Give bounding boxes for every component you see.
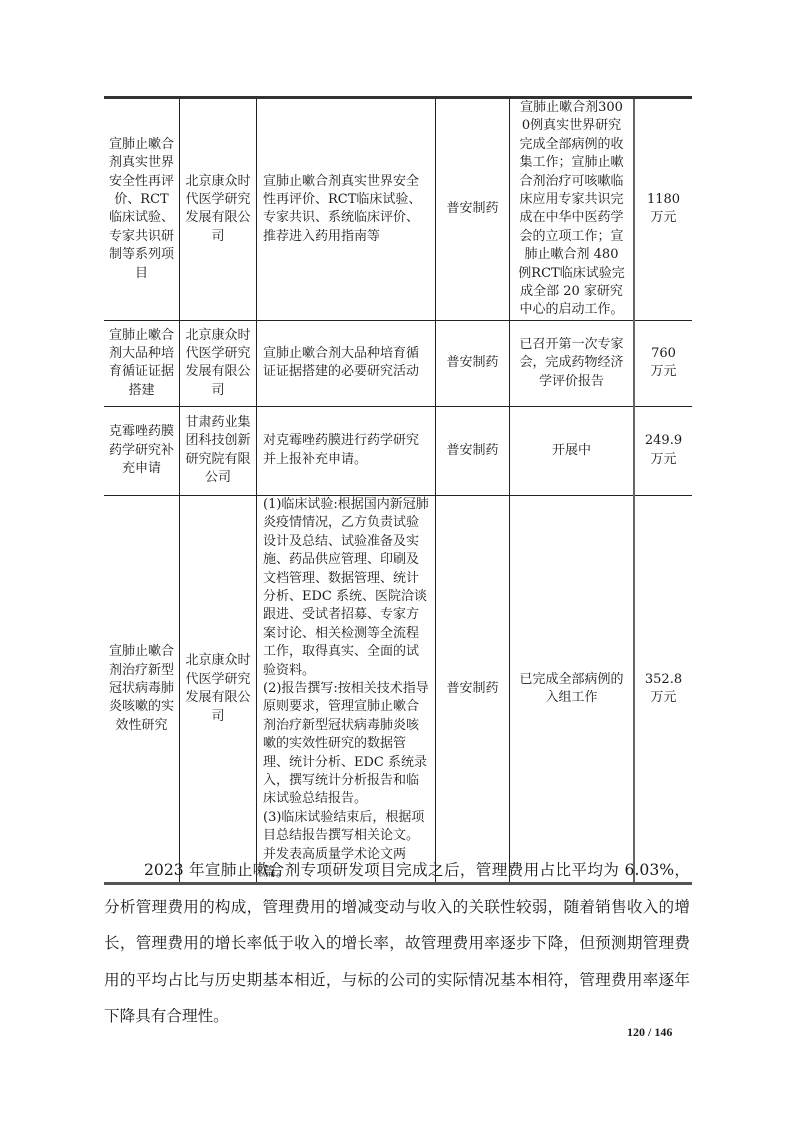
content-cell: 宣肺止嗽合剂真实世界安全性再评价、RCT临床试验、专家共识、系统临床评价、推荐进… [257,98,436,321]
amount-unit: 万元 [639,363,688,381]
project-name-cell: 宣肺止嗽合剂治疗新型冠状病毒肺炎咳嗽的实效性研究 [104,495,180,884]
content-cell: 宣肺止嗽合剂大品种培育循证证据搭建的必要研究活动 [257,320,436,406]
document-page: 宣肺止嗽合剂真实世界安全性再评价、RCT临床试验、专家共识研制等系列项目 北京康… [0,0,793,1122]
amount-cell: 760 万元 [634,320,692,406]
body-paragraph: 2023 年宣肺止嗽合剂专项研发项目完成之后，管理费用占比平均为 6.03%，分… [104,852,690,1035]
project-name-cell: 宣肺止嗽合剂大品种培育循证证据搭建 [104,320,180,406]
content-item-2: (2)报告撰写:按相关技术指导原则要求，管理宣肺止嗽合剂治疗新型冠状病毒肺炎咳嗽… [263,680,429,809]
amount-cell: 1180 万元 [634,98,692,321]
amount-value: 249.9 [639,432,688,450]
party-cell: 普安制药 [436,98,510,321]
project-name-cell: 克霉唑药膜药学研究补充申请 [104,406,180,495]
progress-cell: 开展中 [510,406,635,495]
partner-cell: 北京康众时代医学研究发展有限公司 [180,495,257,884]
party-cell: 普安制药 [436,406,510,495]
progress-cell: 已完成全部病例的入组工作 [510,495,635,884]
partner-cell: 北京康众时代医学研究发展有限公司 [180,320,257,406]
progress-cell: 已召开第一次专家会，完成药物经济学评价报告 [510,320,635,406]
content-item-1: (1)临床试验:根据国内新冠肺炎疫情情况，乙方负责试验设计及总结、试验准备及实施… [263,496,429,680]
table-row: 宣肺止嗽合剂真实世界安全性再评价、RCT临床试验、专家共识研制等系列项目 北京康… [104,98,692,321]
amount-unit: 万元 [639,689,688,707]
amount-unit: 万元 [639,451,688,469]
amount-cell: 352.8 万元 [634,495,692,884]
party-cell: 普安制药 [436,320,510,406]
partner-cell: 甘肃药业集团科技创新研究院有限公司 [180,406,257,495]
page-number: 120 / 146 [627,1025,672,1040]
rd-projects-table: 宣肺止嗽合剂真实世界安全性再评价、RCT临床试验、专家共识研制等系列项目 北京康… [104,96,692,885]
party-cell: 普安制药 [436,495,510,884]
amount-value: 352.8 [639,671,688,689]
amount-value: 760 [639,345,688,363]
content-cell: (1)临床试验:根据国内新冠肺炎疫情情况，乙方负责试验设计及总结、试验准备及实施… [257,495,436,884]
amount-cell: 249.9 万元 [634,406,692,495]
table-row: 克霉唑药膜药学研究补充申请 甘肃药业集团科技创新研究院有限公司 对克霉唑药膜进行… [104,406,692,495]
progress-cell: 宣肺止嗽合剂3000例真实世界研究完成全部病例的收集工作；宣肺止嗽合剂治疗可咳嗽… [510,98,635,321]
table-row: 宣肺止嗽合剂大品种培育循证证据搭建 北京康众时代医学研究发展有限公司 宣肺止嗽合… [104,320,692,406]
amount-value: 1180 [639,191,688,209]
partner-cell: 北京康众时代医学研究发展有限公司 [180,98,257,321]
amount-unit: 万元 [639,209,688,227]
table-row: 宣肺止嗽合剂治疗新型冠状病毒肺炎咳嗽的实效性研究 北京康众时代医学研究发展有限公… [104,495,692,884]
content-cell: 对克霉唑药膜进行药学研究并上报补充申请。 [257,406,436,495]
project-name-cell: 宣肺止嗽合剂真实世界安全性再评价、RCT临床试验、专家共识研制等系列项目 [104,98,180,321]
